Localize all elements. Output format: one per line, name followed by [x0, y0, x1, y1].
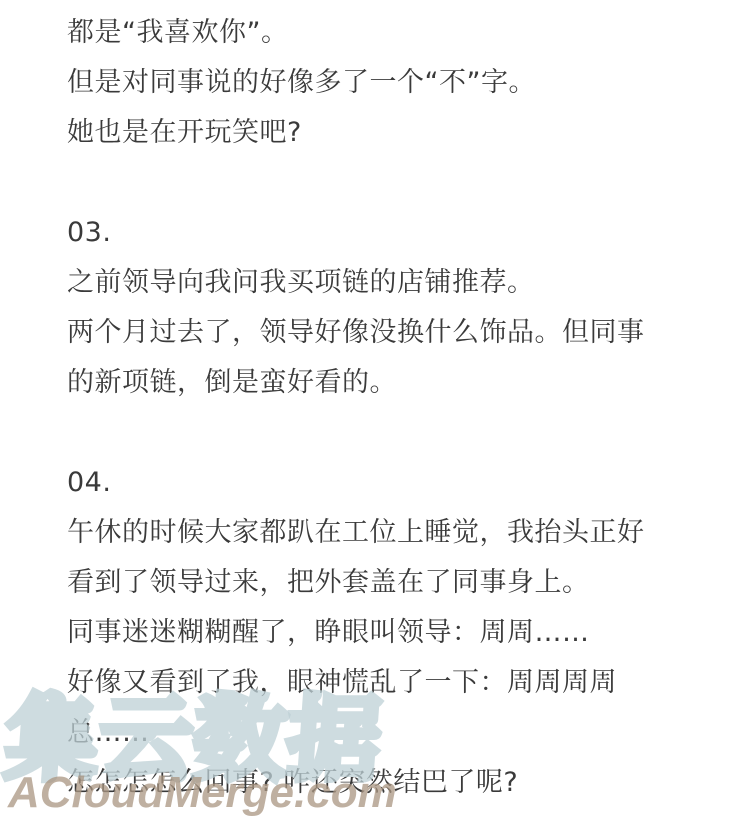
text-line: 午休的时候大家都趴在工位上睡觉，我抬头正好 [67, 508, 727, 558]
text-line: 她也是在开玩笑吧? [67, 108, 727, 158]
text-line: 怎怎怎怎么回事? 咋还突然结巴了呢? [67, 758, 727, 808]
text-line: 总…… [67, 708, 727, 758]
text-line: 好像又看到了我，眼神慌乱了一下：周周周周 [67, 658, 727, 708]
text-line: 同事迷迷糊糊醒了，睁眼叫领导：周周…… [67, 608, 727, 658]
article-text: 都是“我喜欢你”。 但是对同事说的好像多了一个“不”字。 她也是在开玩笑吧? 0… [67, 8, 727, 808]
paragraph-spacer [67, 158, 727, 208]
section-number: 03. [67, 208, 727, 258]
text-line: 但是对同事说的好像多了一个“不”字。 [67, 58, 727, 108]
paragraph-spacer [67, 408, 727, 458]
text-line: 的新项链，倒是蛮好看的。 [67, 358, 727, 408]
section-number: 04. [67, 458, 727, 508]
text-line: 之前领导向我问我买项链的店铺推荐。 [67, 258, 727, 308]
text-line: 两个月过去了，领导好像没换什么饰品。但同事 [67, 308, 727, 358]
text-line: 看到了领导过来，把外套盖在了同事身上。 [67, 558, 727, 608]
text-line: 都是“我喜欢你”。 [67, 8, 727, 58]
